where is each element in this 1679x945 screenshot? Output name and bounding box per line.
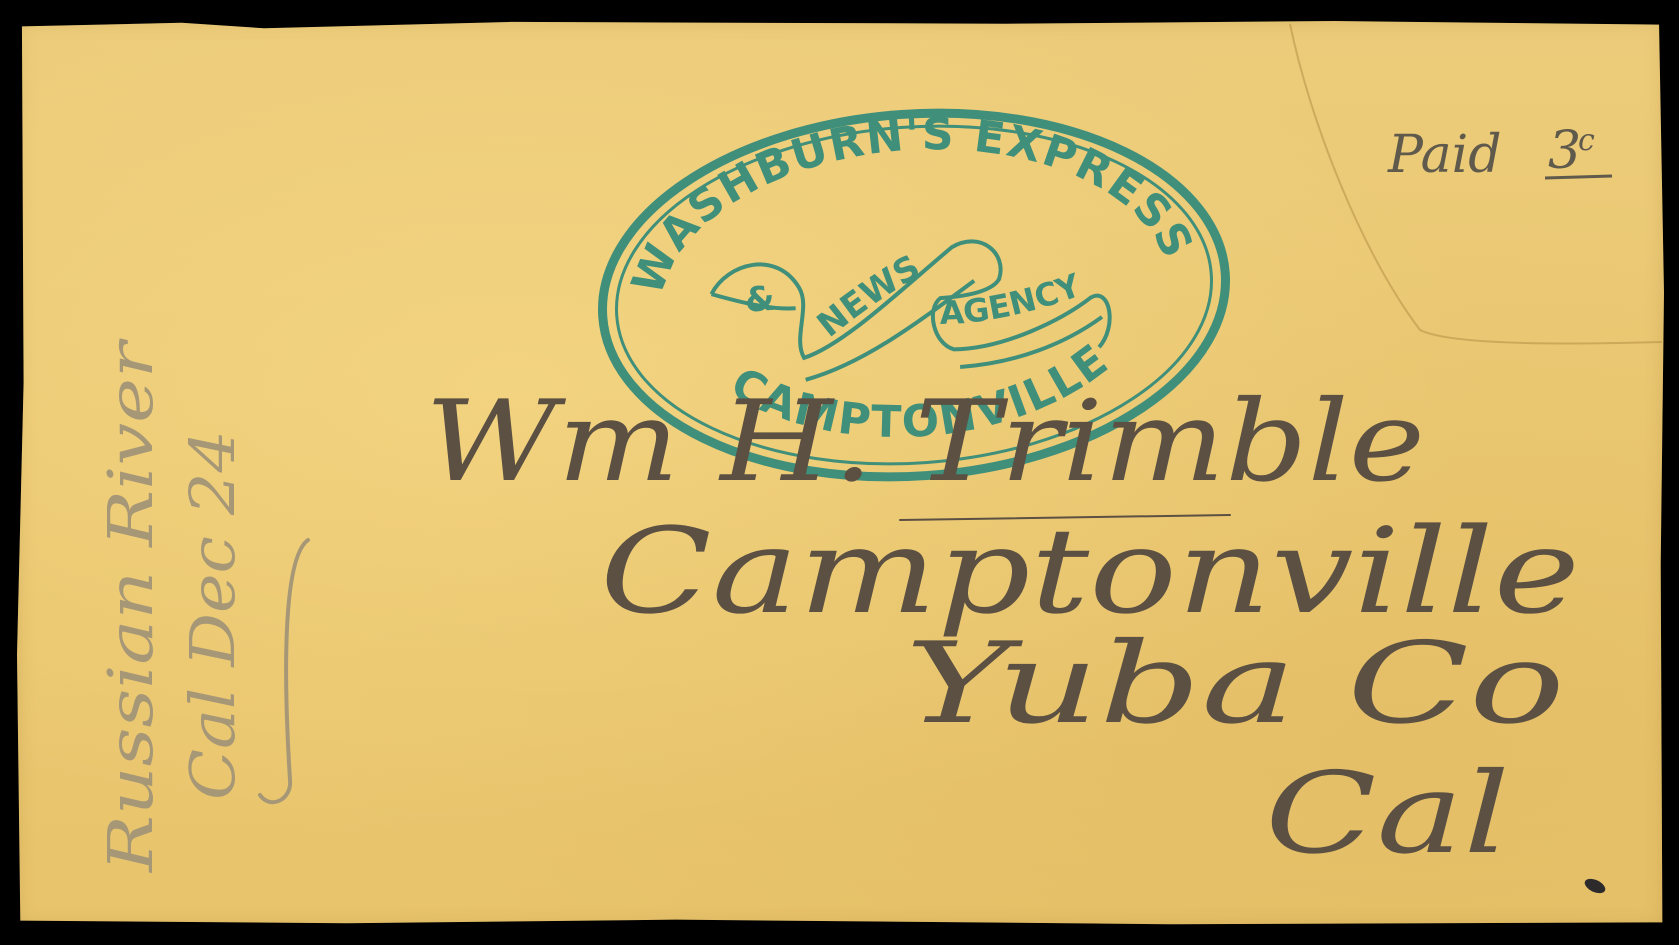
rate-unit: c — [1578, 123, 1595, 158]
address-line-name: Wm H. Trimble — [425, 377, 1425, 507]
ribbon-ampersand: & — [744, 279, 776, 321]
rate-value: 3 — [1548, 121, 1581, 181]
docket-line-origin: Russian River — [94, 338, 167, 873]
address-line-county: Yuba Co — [905, 619, 1565, 749]
docket-line-date: Cal Dec 24 — [176, 430, 249, 800]
scan-background: WASHBURN'S EXPRESS CAMPTONVILLE & NEWS A… — [0, 0, 1679, 945]
rate-underline — [1545, 176, 1612, 178]
address-line-state: Cal — [1265, 749, 1510, 879]
paid-rate-marking: Paid 3 c — [1387, 121, 1612, 185]
paid-text: Paid — [1387, 125, 1502, 185]
